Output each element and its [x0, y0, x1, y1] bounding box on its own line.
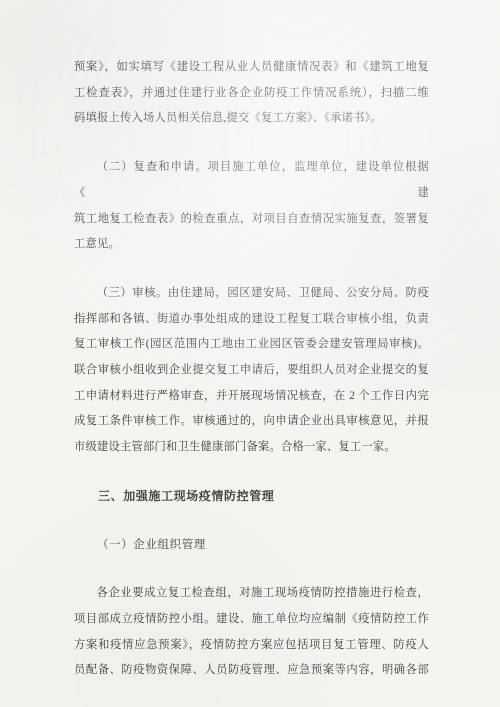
- text-line: 预案》，如实填写《建设工程从业人员健康情况表》和《建筑工地复: [74, 55, 429, 81]
- text-line: 各企业要成立复工检查组，对施工现场疫情防控措施进行检查，: [74, 581, 429, 607]
- paragraph-review-and-apply: （二）复查和申请。项目施工单位，监理单位，建设单位根据《建 筑工地复工检查表》的…: [74, 155, 429, 258]
- text-line: 筑工地复工检查表》的检查重点，对项目自查情况实施复查，签署复: [74, 207, 429, 233]
- text-line: 码填报上传入场人员相关信息,提交《复工方案》、《承诺书》。: [74, 106, 429, 132]
- text-line: 项目部成立疫情防控小组。建设、施工单位均应编制《疫情防控工作: [74, 607, 429, 633]
- document-page: 预案》，如实填写《建设工程从业人员健康情况表》和《建筑工地复 工检查表》，并通过…: [0, 0, 500, 707]
- text-line: 工检查表》，并通过住建行业各企业防疫工作情况系统），扫描二维: [74, 81, 429, 107]
- text-line: （二）复查和申请。项目施工单位，监理单位，建设单位根据《建: [74, 155, 429, 206]
- paragraph-enterprise-management: 各企业要成立复工检查组，对施工现场疫情防控措施进行检查， 项目部成立疫情防控小组…: [74, 581, 429, 684]
- text-line: 市级建设主管部门和卫生健康部门备案。合格一家、复工一家。: [74, 435, 429, 461]
- text-line: 指挥部和各镇、街道办事处组成的建设工程复工联合审核小组，负责: [74, 307, 429, 333]
- text-line: 工申请材料进行严格审查，并开展现场情况核查，在 2 个工作日内完: [74, 384, 429, 410]
- text-line: （三）审核。由住建局，园区建安局、卫健局、公安分局、防疫: [74, 281, 429, 307]
- text-line: 复工审核工作(园区范围内工地由工业园区管委会建安管理局审核)。: [74, 332, 429, 358]
- subsection-heading: （一）企业组织管理: [74, 533, 429, 559]
- text-line: 工意见。: [74, 232, 429, 258]
- section-heading: 三、加强施工现场疫情防控管理: [74, 484, 429, 510]
- paragraph-continuation: 预案》，如实填写《建设工程从业人员健康情况表》和《建筑工地复 工检查表》，并通过…: [74, 55, 429, 132]
- text-line: 方案和疫情应急预案》，疫情防控方案应包括项目复工管理、防疫人: [74, 633, 429, 659]
- text-line: 联合审核小组收到企业提交复工申请后，要组织人员对企业提交的复: [74, 358, 429, 384]
- paragraph-audit: （三）审核。由住建局，园区建安局、卫健局、公安分局、防疫 指挥部和各镇、街道办事…: [74, 281, 429, 461]
- text-line: 员配备、防疫物资保障、人员防疫管理、应急预案等内容，明确各部: [74, 658, 429, 684]
- text-line: 成复工条件审核工作。审核通过的，向申请企业出具审核意见，并报: [74, 409, 429, 435]
